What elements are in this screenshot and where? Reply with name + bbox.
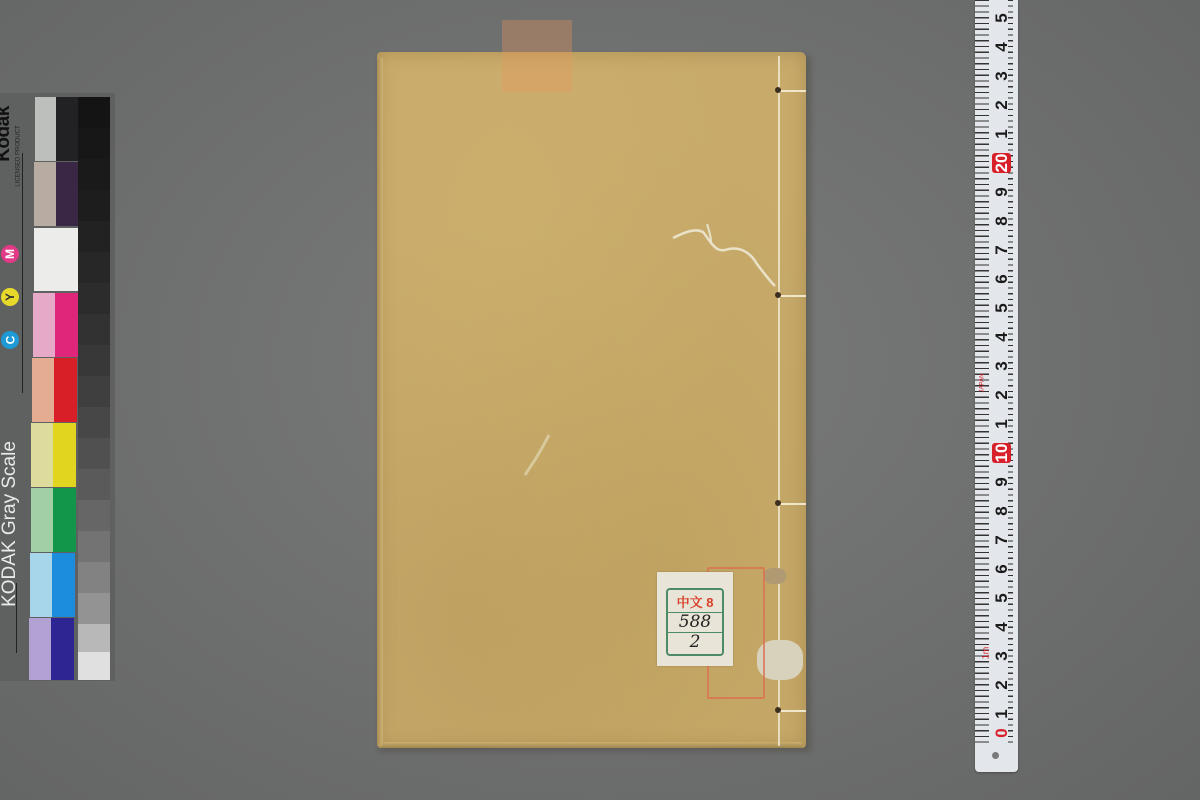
ruler-number: 2 bbox=[992, 92, 1012, 118]
yellow-dot-icon: Y bbox=[1, 288, 19, 306]
gray-step bbox=[78, 531, 110, 562]
kodak-color-chart: Kodak LICENSED PRODUCT M Y C KODAK Gray … bbox=[0, 93, 115, 681]
binding-hole bbox=[775, 87, 781, 93]
ruler-number: 6 bbox=[992, 266, 1012, 292]
ruler-number: 2 bbox=[992, 382, 1012, 408]
gray-step bbox=[78, 562, 110, 593]
binding-hole bbox=[775, 292, 781, 298]
patch-tan bbox=[34, 162, 56, 226]
kodak-logo: Kodak bbox=[0, 106, 15, 162]
gray-step bbox=[78, 97, 110, 128]
gray-step bbox=[78, 159, 110, 190]
book-bottom-edge bbox=[382, 742, 802, 748]
gray-step bbox=[78, 593, 110, 624]
gray-step bbox=[78, 624, 110, 652]
patch-dark-gray bbox=[56, 97, 78, 161]
patch-pale-green bbox=[31, 488, 53, 552]
patch-salmon bbox=[32, 358, 54, 422]
ruler-number: 3 bbox=[992, 643, 1012, 669]
ruler-number: 1 bbox=[992, 411, 1012, 437]
ruler-number: 9 bbox=[992, 469, 1012, 495]
magenta-dot-icon: M bbox=[1, 245, 19, 263]
patch-lavender bbox=[29, 618, 51, 680]
patch-pale-blue bbox=[30, 553, 52, 617]
meter-mark: 1m bbox=[980, 647, 990, 660]
gray-step bbox=[78, 407, 110, 438]
divider-line bbox=[22, 153, 23, 393]
call-number-label: 中文 8 588 2 bbox=[657, 572, 733, 666]
call-number-line-2: 588 bbox=[668, 612, 722, 633]
ruler-number: 8 bbox=[992, 208, 1012, 234]
ruler-number: 9 bbox=[992, 179, 1012, 205]
call-number-frame: 中文 8 588 2 bbox=[666, 588, 724, 656]
gray-scale-label: KODAK Gray Scale bbox=[0, 424, 21, 624]
book-left-edge bbox=[377, 58, 383, 746]
gray-step bbox=[78, 438, 110, 469]
ruler-number: 5 bbox=[992, 295, 1012, 321]
call-number-line-3: 2 bbox=[668, 632, 722, 652]
gray-step bbox=[78, 500, 110, 531]
patch-purple-dark bbox=[56, 162, 78, 226]
gray-step bbox=[78, 252, 110, 283]
ruler-number: 4 bbox=[992, 34, 1012, 60]
ruler-number: 7 bbox=[992, 527, 1012, 553]
ruler-ticks bbox=[975, 0, 989, 745]
gray-step bbox=[78, 190, 110, 221]
binding-hole bbox=[775, 500, 781, 506]
patch-yellow bbox=[53, 423, 76, 487]
ruler-number-zero: 0 bbox=[992, 720, 1012, 746]
scuff-mark bbox=[515, 425, 565, 485]
gray-step bbox=[78, 283, 110, 314]
call-number-line-1: 中文 8 bbox=[668, 592, 722, 613]
patch-pink-light bbox=[33, 293, 55, 357]
ruler-number: 4 bbox=[992, 614, 1012, 640]
binding-hole bbox=[775, 707, 781, 713]
patch-light-gray bbox=[35, 97, 56, 161]
ruler-number: 2 bbox=[992, 672, 1012, 698]
patch-green bbox=[53, 488, 76, 552]
ruler-number: 8 bbox=[992, 498, 1012, 524]
ruler-number-highlighted: 10 bbox=[992, 440, 1012, 466]
gray-step bbox=[78, 652, 110, 680]
ruler-number-highlighted: 20 bbox=[992, 150, 1012, 176]
gray-step bbox=[78, 128, 110, 159]
patch-red bbox=[54, 358, 77, 422]
ruler-hole bbox=[992, 752, 999, 759]
measuring-tape: 5 4 3 2 1 20 9 8 7 6 5 4 3 2 1 10 9 8 7 … bbox=[975, 0, 1018, 772]
faded-label-on-cover bbox=[502, 52, 572, 92]
tear-mark bbox=[665, 220, 785, 310]
patch-pale-yellow bbox=[31, 423, 53, 487]
ruler-number: 5 bbox=[992, 585, 1012, 611]
origin-mark: JAPAN bbox=[979, 374, 985, 393]
patch-indigo bbox=[51, 618, 74, 680]
cyan-dot-icon: C bbox=[1, 331, 19, 349]
gray-step bbox=[78, 469, 110, 500]
gray-step bbox=[78, 221, 110, 252]
patch-blue bbox=[52, 553, 75, 617]
ruler-number: 3 bbox=[992, 353, 1012, 379]
ruler-number: 7 bbox=[992, 237, 1012, 263]
patch-white bbox=[34, 228, 78, 291]
gray-step bbox=[78, 345, 110, 376]
gray-step bbox=[78, 376, 110, 407]
gray-step bbox=[78, 314, 110, 345]
ruler-number: 3 bbox=[992, 63, 1012, 89]
repair-patch bbox=[764, 568, 786, 584]
ruler-number: 1 bbox=[992, 121, 1012, 147]
ruler-number: 5 bbox=[992, 5, 1012, 31]
ruler-number: 6 bbox=[992, 556, 1012, 582]
patch-magenta bbox=[55, 293, 78, 357]
licensed-product-text: LICENSED PRODUCT bbox=[16, 125, 22, 186]
ruler-number: 4 bbox=[992, 324, 1012, 350]
